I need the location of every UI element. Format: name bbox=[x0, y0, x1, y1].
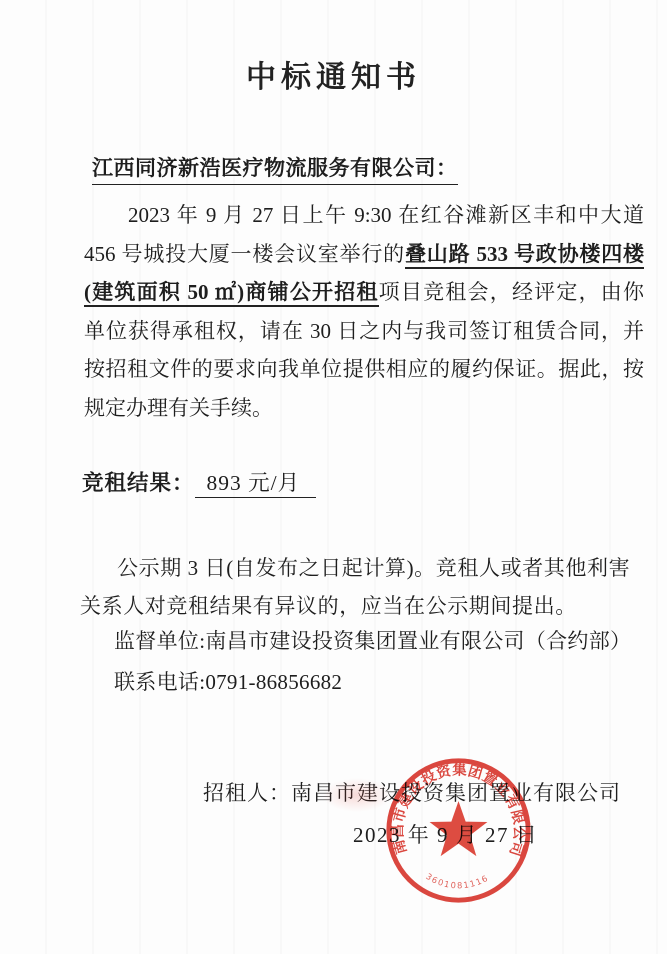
body-line-1: 2023 年 9 月 27 日上午 9:30 在红谷滩新区丰和中大道 bbox=[84, 196, 644, 235]
bid-result-value: 893 元/月 bbox=[195, 471, 317, 498]
supervisor-line: 监督单位:南昌市建设投资集团置业有限公司（合约部） bbox=[114, 621, 654, 662]
body-line-2-normal: 456 号城投大厦一楼会议室举行的 bbox=[84, 242, 405, 266]
contact-block: 监督单位:南昌市建设投资集团置业有限公司（合约部） 联系电话:0791-8685… bbox=[114, 621, 654, 703]
body-paragraph-main: 2023 年 9 月 27 日上午 9:30 在红谷滩新区丰和中大道 456 号… bbox=[84, 196, 644, 428]
notice-document-page: 中标通知书 江西同济新浩医疗物流服务有限公司： 2023 年 9 月 27 日上… bbox=[0, 0, 667, 954]
publicity-line-1: 公示期 3 日(自发布之日起计算)。竞租人或者其他利害 bbox=[80, 549, 646, 587]
body-line-3-normal: 项目竞租会，经评定，由你 bbox=[379, 280, 644, 304]
body-line-6: 规定办理有关手续。 bbox=[84, 389, 644, 428]
body-line-3-emphasis: (建筑面积 50 ㎡)商铺公开招租 bbox=[84, 280, 379, 307]
official-red-seal: 南昌市建设投资集团置业有限公司 36010811161 bbox=[380, 752, 537, 909]
body-line-2-emphasis: 叠山路 533 号政协楼四楼 bbox=[405, 242, 644, 269]
star-icon bbox=[430, 801, 488, 856]
body-line-4: 单位获得承租权，请在 30 日之内与我司签订租赁合同，并 bbox=[84, 312, 644, 351]
body-line-3: (建筑面积 50 ㎡)商铺公开招租项目竞租会，经评定，由你 bbox=[84, 273, 644, 312]
addressee-company: 江西同济新浩医疗物流服务有限公司： bbox=[92, 152, 458, 185]
phone-line: 联系电话:0791-86856682 bbox=[114, 662, 654, 703]
body-line-5: 按招租文件的要求向我单位提供相应的履约保证。据此，按 bbox=[84, 350, 644, 389]
body-line-2: 456 号城投大厦一楼会议室举行的叠山路 533 号政协楼四楼 bbox=[84, 235, 644, 274]
publicity-paragraph: 公示期 3 日(自发布之日起计算)。竞租人或者其他利害 关系人对竞租结果有异议的… bbox=[80, 549, 646, 626]
bid-result-label: 竞租结果： bbox=[82, 471, 195, 495]
bid-result-line: 竞租结果：893 元/月 bbox=[82, 466, 316, 497]
document-title: 中标通知书 bbox=[0, 52, 667, 96]
